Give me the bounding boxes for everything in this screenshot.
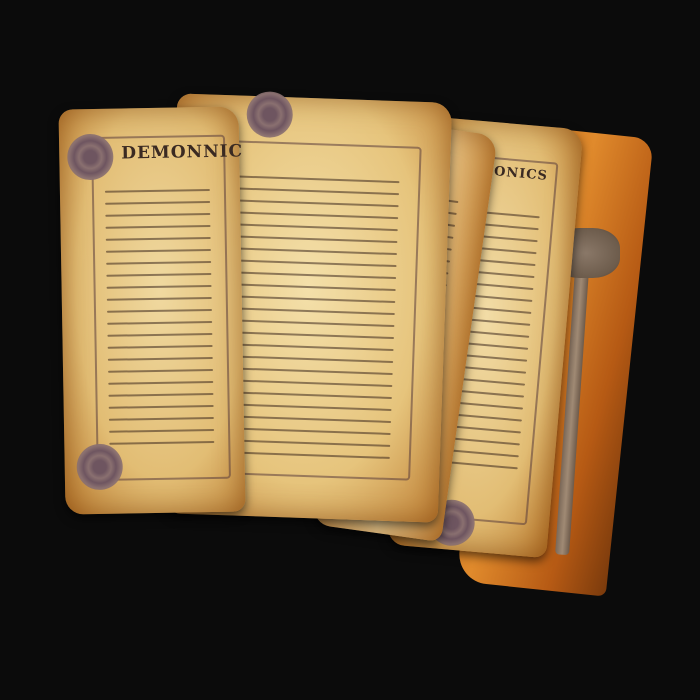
page-title: DEMONNIC [121,141,243,163]
book-illustration: DEMONICS DEMONNIC [0,0,700,700]
script-lines [105,179,215,455]
parchment-page-1: DEMONNIC [58,106,245,514]
ornament-swirl-icon [246,91,294,139]
